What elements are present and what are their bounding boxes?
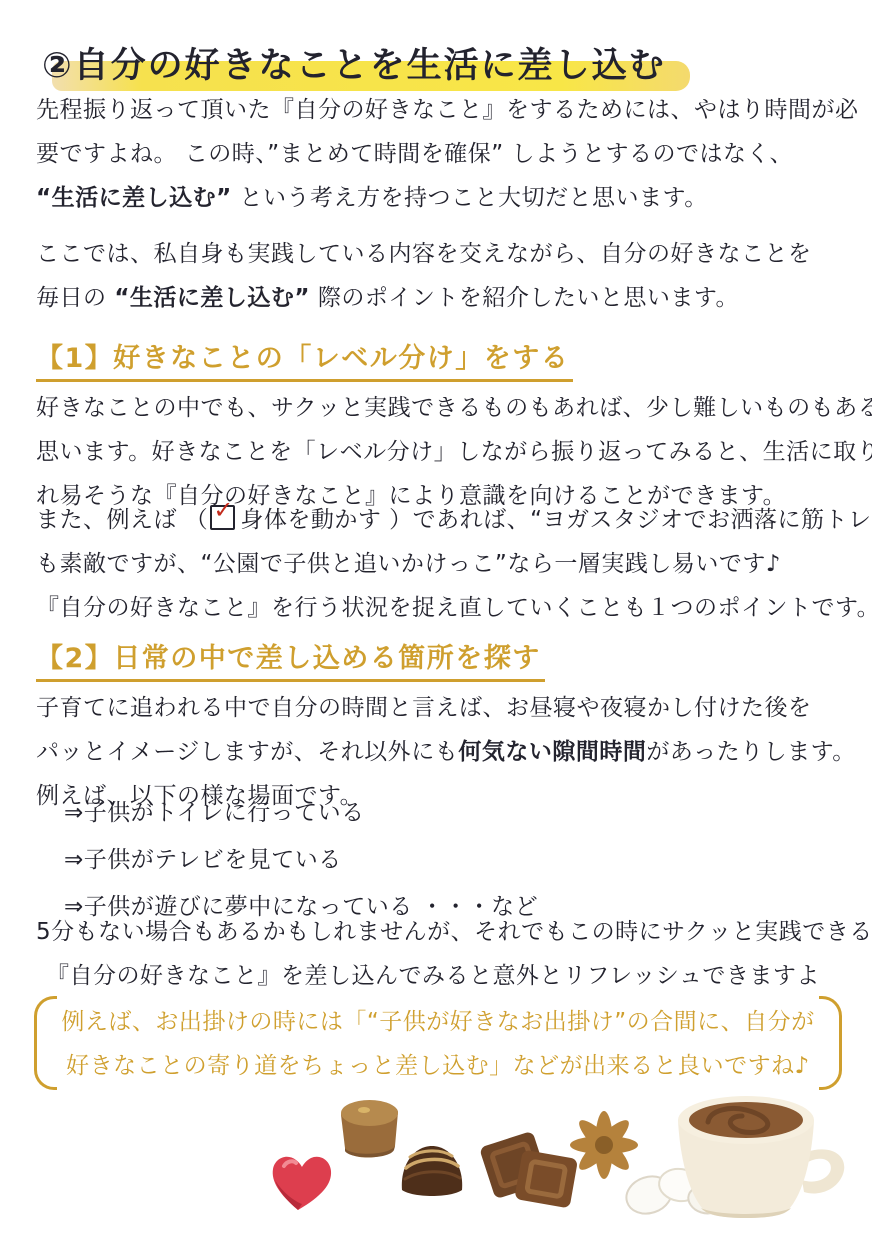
chocolate-pieces-icon — [479, 1131, 578, 1209]
hot-cocoa-cup-icon — [678, 1096, 844, 1218]
text-line: 『自分の好きなこと』を行う状況を捉え直していくことも１つのポイントです。 — [36, 586, 846, 630]
page-title-text: ②自分の好きなことを生活に差し込む — [42, 46, 666, 86]
text-line: 先程振り返って頂いた『自分の好きなこと』をするためには、やはり時間が必 — [36, 88, 846, 132]
emphasis-text: “生活に差し込む” — [114, 285, 310, 311]
text-segment: という考え方を持つこと大切だと思います。 — [232, 185, 708, 211]
text-segment: があったりします。 — [646, 739, 855, 765]
text-segment: 際のポイントを紹介したいと思います。 — [310, 285, 739, 311]
intro-paragraph-1: 先程振り返って頂いた『自分の好きなこと』をするためには、やはり時間が必 要ですよ… — [36, 88, 846, 220]
section-2-paragraph-2: 5分もない場合もあるかもしれませんが、それでもこの時にサクッと実践できる 『自分… — [36, 910, 846, 998]
text-line: “生活に差し込む” という考え方を持つこと大切だと思います。 — [36, 176, 846, 220]
text-line: 『自分の好きなこと』を差し込んでみると意外とリフレッシュできますよ — [36, 954, 846, 998]
list-item: ⇒子供がトイレに行っている — [64, 790, 538, 837]
text-segment: また、例えば （ — [36, 507, 208, 533]
text-segment: 毎日の — [36, 285, 114, 311]
chocolate-bonbon-icon — [341, 1100, 398, 1158]
text-line: また、例えば （✓身体を動かす ）であれば、“ヨガスタジオでお洒落に筋トレ” — [36, 498, 846, 542]
text-line: 思います。好きなことを「レベル分け」しながら振り返ってみると、生活に取り入 — [36, 430, 846, 474]
note-box: 例えば、お出掛けの時には「“子供が好きなお出掛け”の合間に、自分が 好きなことの… — [34, 996, 842, 1090]
emphasis-text: 何気ない隙間時間 — [458, 739, 646, 765]
text-line: 毎日の “生活に差し込む” 際のポイントを紹介したいと思います。 — [36, 276, 846, 320]
section-1-heading: 【1】好きなことの「レベル分け」をする — [36, 336, 573, 382]
section-2-heading: 【2】日常の中で差し込める箇所を探す — [36, 636, 545, 682]
text-segment: 身体を動かす ）であれば、“ヨガスタジオでお洒落に筋トレ” — [240, 507, 872, 533]
text-line: 5分もない場合もあるかもしれませんが、それでもこの時にサクッと実践できる — [36, 910, 846, 954]
star-anise-icon — [570, 1111, 638, 1179]
note-bracket-right — [819, 996, 842, 1090]
chocolate-cocoa-illustration — [246, 1080, 868, 1232]
text-line: 要ですよね。 この時、”まとめて時間を確保” しようとするのではなく、 — [36, 132, 846, 176]
emphasis-text: “生活に差し込む” — [36, 185, 232, 211]
note-bracket-left — [34, 996, 57, 1090]
checkbox-icon: ✓ — [210, 505, 235, 530]
intro-paragraph-2: ここでは、私自身も実践している内容を交えながら、自分の好きなことを 毎日の “生… — [36, 232, 846, 320]
text-line: パッとイメージしますが、それ以外にも何気ない隙間時間があったりします。 — [36, 730, 846, 774]
note-line: 例えば、お出掛けの時には「“子供が好きなお出掛け”の合間に、自分が — [34, 1000, 842, 1044]
list-item: ⇒子供がテレビを見ている — [64, 837, 538, 884]
document-page: ②自分の好きなことを生活に差し込む 先程振り返って頂いた『自分の好きなこと』をす… — [0, 0, 872, 1233]
text-line: も素敵ですが、“公園で子供と追いかけっこ”なら一層実践し易いです♪ — [36, 542, 846, 586]
chocolate-truffle-icon — [402, 1146, 462, 1196]
text-line: ここでは、私自身も実践している内容を交えながら、自分の好きなことを — [36, 232, 846, 276]
text-line: 子育てに追われる中で自分の時間と言えば、お昼寝や夜寝かし付けた後を — [36, 686, 846, 730]
section-1-paragraph-2: また、例えば （✓身体を動かす ）であれば、“ヨガスタジオでお洒落に筋トレ” も… — [36, 498, 846, 630]
text-segment: パッとイメージしますが、それ以外にも — [36, 739, 458, 765]
page-title: ②自分の好きなことを生活に差し込む — [36, 45, 672, 87]
checkmark-icon: ✓ — [213, 498, 234, 522]
text-line: 好きなことの中でも、サクッと実践できるものもあれば、少し難しいものもあると — [36, 386, 846, 430]
heart-chocolate-icon — [273, 1157, 331, 1210]
